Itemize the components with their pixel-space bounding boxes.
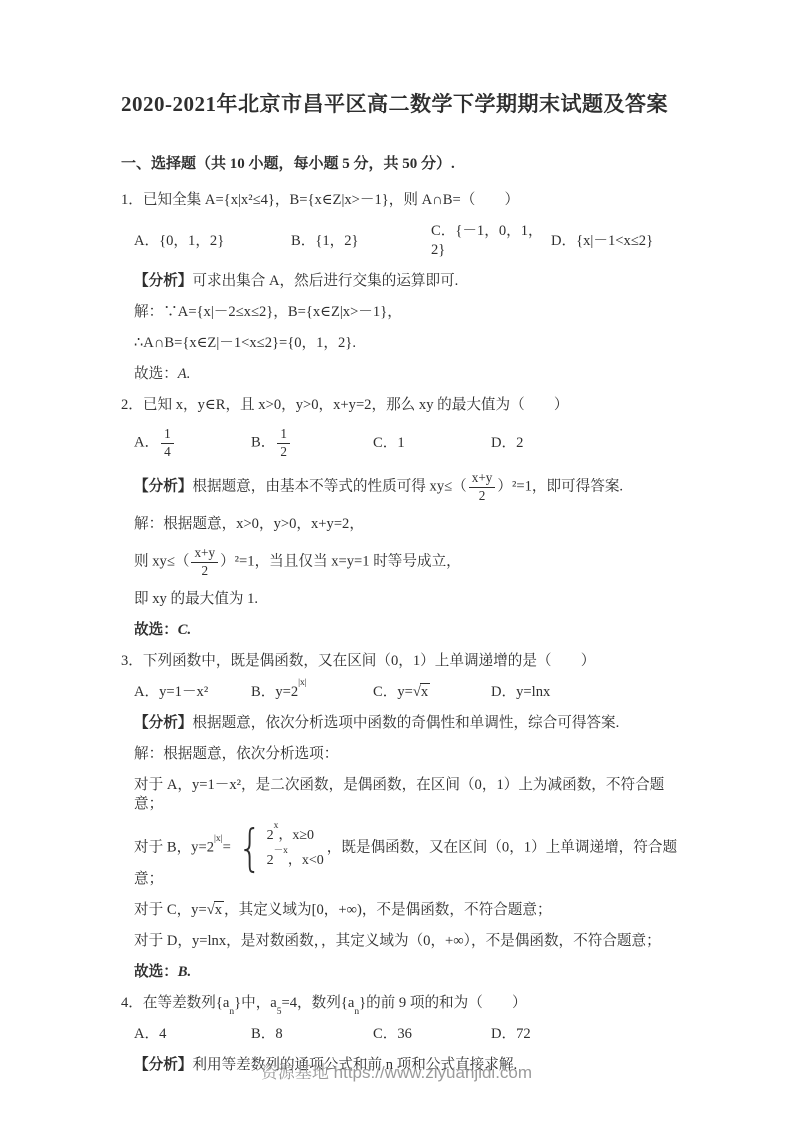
- fraction-numerator: x+y: [191, 546, 218, 563]
- answer-label: 故选：: [134, 964, 178, 980]
- fraction-numerator: 1: [161, 427, 174, 444]
- question-3-options: A．y=1－x² B．y=2|x| C．y=√x D．y=lnx: [121, 683, 687, 702]
- question-2-prompt: 2．已知 x，y∈R，且 x>0，y>0，x+y=2，那么 xy 的最大值为（ …: [121, 396, 687, 415]
- question-3-solution-line: 解：根据题意，依次分析选项：: [121, 745, 687, 764]
- fraction-denominator: 2: [469, 488, 496, 504]
- option-c: C．{－1，0，1，2}: [431, 222, 551, 260]
- case-base: 2: [267, 853, 274, 868]
- prompt-text: }中，a: [234, 995, 277, 1011]
- question-3-analysis: 【分析】根据题意，依次分析选项中函数的奇偶性和单调性，综合可得答案.: [121, 714, 687, 733]
- fraction-denominator: 2: [191, 563, 218, 579]
- solution-text-pre: 则 xy≤（: [134, 553, 189, 569]
- left-brace-icon: {: [238, 827, 262, 870]
- option-c: C．36: [373, 1025, 491, 1044]
- option-b: B．{1，2}: [291, 232, 431, 251]
- question-4-prompt: 4．在等差数列{an}中，a5=4，数列{an}的前 9 项的和为（ ）: [121, 994, 687, 1013]
- question-2-solution-line: 即 xy 的最大值为 1.: [121, 590, 687, 609]
- radicand: x: [214, 901, 224, 918]
- question-3-solution-cases: 对于 B，y=2|x|={2x，x≥02－x，x<0，既是偶函数，又在区间（0，…: [121, 826, 687, 889]
- analysis-label: 【分析】: [134, 715, 192, 731]
- option-c: C．1: [373, 434, 491, 453]
- case-top: 2x，x≥0: [267, 826, 324, 845]
- question-3-solution-line: 对于 A，y=1－x²，是二次函数，是偶函数，在区间（0，1）上为减函数，不符合…: [121, 776, 687, 814]
- question-2-answer: 故选：C.: [121, 621, 687, 640]
- option-a-label: A．: [134, 434, 159, 450]
- case-bottom: 2－x，x<0: [267, 851, 324, 870]
- option-d: D．72: [491, 1025, 531, 1044]
- question-2-options: A．14 B．12 C．1 D．2: [121, 427, 687, 459]
- fraction-denominator: 4: [161, 444, 174, 460]
- question-3-solution-line: 对于 D，y=lnx，是对数函数，，其定义域为（0，+∞），不是偶函数，不符合题…: [121, 932, 687, 951]
- question-2-analysis: 【分析】根据题意，由基本不等式的性质可得 xy≤（x+y2）²=1，即可得答案.: [121, 471, 687, 503]
- answer-letter: C.: [178, 622, 191, 638]
- question-3: 3．下列函数中，既是偶函数，又在区间（0，1）上单调递增的是（ ） A．y=1－…: [121, 652, 687, 982]
- fraction-numerator: x+y: [469, 471, 496, 488]
- option-a: A．y=1－x²: [134, 683, 251, 702]
- case-condition: ，x<0: [288, 853, 324, 868]
- answer-label: 故选：: [134, 622, 178, 638]
- solution-text-post: ）²=1，当且仅当 x=y=1 时等号成立，: [220, 553, 461, 569]
- solution-text-pre: 对于 B，y=2: [134, 839, 214, 855]
- case-base: 2: [267, 828, 274, 843]
- superscript: |x|: [214, 834, 223, 844]
- option-a: A．14: [134, 427, 251, 459]
- radicand: x: [420, 683, 430, 700]
- question-2: 2．已知 x，y∈R，且 x>0，y>0，x+y=2，那么 xy 的最大值为（ …: [121, 396, 687, 640]
- footer-watermark: 资源基地 https://www.ziyuanjidi.com: [0, 1058, 793, 1083]
- case-condition: ，x≥0: [278, 828, 314, 843]
- option-d: D．{x|－1<x≤2}: [551, 232, 653, 251]
- question-1: 1．已知全集 A={x|x²≤4}，B={x∈Z|x>－1}，则 A∩B=（ ）…: [121, 191, 687, 384]
- analysis-text-pre: 根据题意，由基本不等式的性质可得 xy≤（: [192, 478, 466, 494]
- subscript: 5: [277, 1007, 282, 1017]
- fraction: x+y2: [191, 546, 218, 578]
- subscript: n: [354, 1007, 359, 1017]
- radical-icon: √: [207, 902, 214, 918]
- case-rows: 2x，x≥02－x，x<0: [267, 826, 324, 870]
- question-1-answer: 故选：A.: [121, 365, 687, 384]
- option-b-label: B．: [251, 434, 275, 450]
- option-d: D．2: [491, 434, 523, 453]
- question-3-prompt: 3．下列函数中，既是偶函数，又在区间（0，1）上单调递增的是（ ）: [121, 652, 687, 671]
- prompt-text: 4．在等差数列{a: [121, 995, 229, 1011]
- option-b: B．y=2|x|: [251, 683, 373, 702]
- option-a: A．4: [134, 1025, 251, 1044]
- option-b-base: B．y=2: [251, 684, 298, 700]
- option-d: D．y=lnx: [491, 683, 550, 702]
- prompt-text: }的前 9 项的和为（ ）: [359, 995, 527, 1011]
- fraction-numerator: 1: [277, 427, 290, 444]
- analysis-text: 根据题意，依次分析选项中函数的奇偶性和单调性，综合可得答案.: [192, 715, 619, 731]
- answer-label: 故选：: [134, 366, 178, 382]
- equals-sign: =: [223, 839, 231, 855]
- option-b-superscript: |x|: [298, 678, 307, 688]
- analysis-label: 【分析】: [134, 273, 192, 289]
- option-b: B．8: [251, 1025, 373, 1044]
- prompt-text: =4，数列{a: [282, 995, 355, 1011]
- section-heading: 一、选择题（共 10 小题，每小题 5 分，共 50 分）.: [121, 154, 687, 174]
- cases-expression: {2x，x≥02－x，x<0: [234, 826, 324, 870]
- subscript: n: [229, 1007, 234, 1017]
- question-2-solution-line: 解：根据题意，x>0，y>0，x+y=2，: [121, 515, 687, 534]
- question-1-options: A．{0，1，2} B．{1，2} C．{－1，0，1，2} D．{x|－1<x…: [121, 222, 687, 260]
- option-a: A．{0，1，2}: [134, 232, 291, 251]
- option-b: B．12: [251, 427, 373, 459]
- case-superscript: －x: [274, 846, 288, 856]
- fraction: 14: [161, 427, 174, 459]
- solution-text-post: ，既是偶函数，又在区间（0，1）上单调递增，符合题意；: [134, 839, 677, 887]
- question-3-answer: 故选：B.: [121, 963, 687, 982]
- document-page: 2020-2021年北京市昌平区高二数学下学期期末试题及答案 一、选择题（共 1…: [0, 0, 793, 1075]
- radical-icon: √: [413, 684, 420, 700]
- fraction: x+y2: [469, 471, 496, 503]
- question-1-analysis: 【分析】可求出集合 A，然后进行交集的运算即可.: [121, 272, 687, 291]
- question-1-prompt: 1．已知全集 A={x|x²≤4}，B={x∈Z|x>－1}，则 A∩B=（ ）: [121, 191, 687, 210]
- solution-text-post: ，其定义域为[0，+∞)，不是偶函数，不符合题意；: [224, 902, 552, 918]
- case-superscript: x: [274, 821, 279, 831]
- answer-letter: B.: [178, 964, 191, 980]
- solution-text-pre: 对于 C，y=: [134, 902, 207, 918]
- question-1-solution-line: 解：∵A={x|－2≤x≤2}，B={x∈Z|x>－1}，: [121, 303, 687, 322]
- analysis-label: 【分析】: [134, 478, 192, 494]
- analysis-text-post: ）²=1，即可得答案.: [497, 478, 623, 494]
- answer-letter: A.: [178, 366, 191, 382]
- option-c-pre: C．y=: [373, 684, 413, 700]
- fraction-denominator: 2: [277, 444, 290, 460]
- question-1-solution-line: ∴A∩B={x∈Z|－1<x≤2}={0，1，2}.: [121, 334, 687, 353]
- question-4-options: A．4 B．8 C．36 D．72: [121, 1025, 687, 1044]
- page-title: 2020-2021年北京市昌平区高二数学下学期期末试题及答案: [121, 90, 687, 118]
- analysis-text: 可求出集合 A，然后进行交集的运算即可.: [192, 273, 458, 289]
- question-2-solution-line: 则 xy≤（x+y2）²=1，当且仅当 x=y=1 时等号成立，: [121, 546, 687, 578]
- question-3-solution-line: 对于 C，y=√x，其定义域为[0，+∞)，不是偶函数，不符合题意；: [121, 901, 687, 920]
- option-c: C．y=√x: [373, 683, 491, 702]
- fraction: 12: [277, 427, 290, 459]
